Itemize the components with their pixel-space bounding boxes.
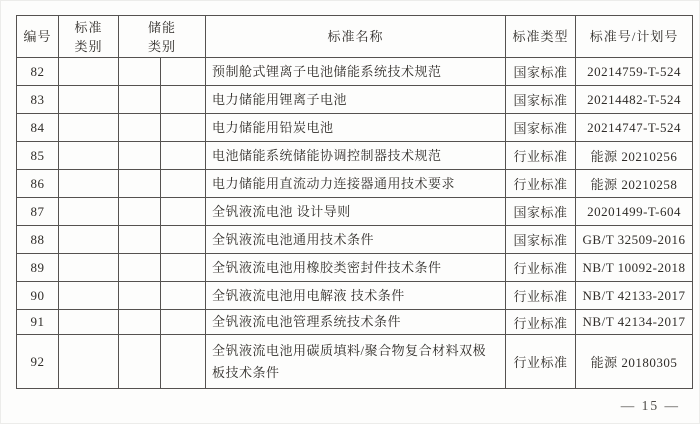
table-row: 87 全钒液流电池 设计导则 国家标准 20201499-T-604 (17, 198, 693, 226)
cell-storage-sub1 (119, 254, 161, 282)
cell-standard-category (59, 142, 119, 170)
cell-no: 86 (17, 170, 59, 198)
cell-standard-category (59, 254, 119, 282)
cell-no: 82 (17, 58, 59, 86)
cell-no: 92 (17, 335, 59, 389)
cell-no: 87 (17, 198, 59, 226)
cell-no: 91 (17, 310, 59, 335)
cell-standard-category (59, 58, 119, 86)
cell-standard-number: NB/T 42133-2017 (576, 282, 693, 310)
cell-storage-sub2 (161, 170, 206, 198)
header-standard-number: 标准号/计划号 (576, 16, 693, 58)
cell-no: 85 (17, 142, 59, 170)
cell-standard-name: 电力储能用直流动力连接器通用技术要求 (206, 170, 506, 198)
cell-storage-sub1 (119, 310, 161, 335)
cell-standard-name: 全钒液流电池通用技术条件 (206, 226, 506, 254)
cell-standard-type: 行业标准 (506, 142, 576, 170)
cell-standard-category (59, 114, 119, 142)
cell-no: 89 (17, 254, 59, 282)
cell-standard-number: 能源 20210256 (576, 142, 693, 170)
cell-standard-type: 国家标准 (506, 58, 576, 86)
cell-standard-name: 预制舱式锂离子电池储能系统技术规范 (206, 58, 506, 86)
cell-storage-sub2 (161, 254, 206, 282)
table-row: 85 电池储能系统储能协调控制器技术规范 行业标准 能源 20210256 (17, 142, 693, 170)
cell-standard-type: 行业标准 (506, 282, 576, 310)
cell-storage-sub1 (119, 58, 161, 86)
table-row: 89 全钒液流电池用橡胶类密封件技术条件 行业标准 NB/T 10092-201… (17, 254, 693, 282)
cell-storage-sub1 (119, 170, 161, 198)
cell-no: 88 (17, 226, 59, 254)
cell-standard-type: 行业标准 (506, 335, 576, 389)
cell-standard-name: 全钒液流电池用橡胶类密封件技术条件 (206, 254, 506, 282)
cell-standard-category (59, 310, 119, 335)
standards-table: 编号 标准 类别 储能 类别 标准名称 标准类型 标准号/计划号 82 预制舱式… (16, 15, 693, 389)
cell-storage-sub2 (161, 226, 206, 254)
table-row: 86 电力储能用直流动力连接器通用技术要求 行业标准 能源 20210258 (17, 170, 693, 198)
cell-standard-number: 20214747-T-524 (576, 114, 693, 142)
cell-standard-category (59, 226, 119, 254)
scanned-page: 编号 标准 类别 储能 类别 标准名称 标准类型 标准号/计划号 82 预制舱式… (0, 0, 700, 424)
cell-standard-number: 20201499-T-604 (576, 198, 693, 226)
header-storage-category: 储能 类别 (119, 16, 206, 58)
cell-storage-sub2 (161, 310, 206, 335)
cell-storage-sub1 (119, 282, 161, 310)
table-header-row: 编号 标准 类别 储能 类别 标准名称 标准类型 标准号/计划号 (17, 16, 693, 58)
cell-storage-sub2 (161, 282, 206, 310)
table-row: 82 预制舱式锂离子电池储能系统技术规范 国家标准 20214759-T-524 (17, 58, 693, 86)
cell-standard-category (59, 170, 119, 198)
page-number: — 15 — (621, 398, 680, 414)
cell-standard-type: 行业标准 (506, 254, 576, 282)
cell-standard-name: 电池储能系统储能协调控制器技术规范 (206, 142, 506, 170)
table-row: 88 全钒液流电池通用技术条件 国家标准 GB/T 32509-2016 (17, 226, 693, 254)
header-standard-type: 标准类型 (506, 16, 576, 58)
cell-standard-name: 全钒液流电池管理系统技术条件 (206, 310, 506, 335)
cell-no: 83 (17, 86, 59, 114)
cell-storage-sub1 (119, 226, 161, 254)
cell-standard-number: 20214482-T-524 (576, 86, 693, 114)
cell-standard-type: 行业标准 (506, 310, 576, 335)
cell-storage-sub2 (161, 142, 206, 170)
cell-storage-sub2 (161, 198, 206, 226)
cell-storage-sub1 (119, 335, 161, 389)
cell-storage-sub1 (119, 142, 161, 170)
table-row: 83 电力储能用锂离子电池 国家标准 20214482-T-524 (17, 86, 693, 114)
cell-standard-number: 能源 20180305 (576, 335, 693, 389)
cell-standard-name: 电力储能用铅炭电池 (206, 114, 506, 142)
cell-standard-number: NB/T 42134-2017 (576, 310, 693, 335)
cell-standard-name: 电力储能用锂离子电池 (206, 86, 506, 114)
cell-no: 84 (17, 114, 59, 142)
cell-standard-type: 国家标准 (506, 198, 576, 226)
table-row: 92 全钒液流电池用碳质填料/聚合物复合材料双极板技术条件 行业标准 能源 20… (17, 335, 693, 389)
cell-standard-category (59, 86, 119, 114)
table-row: 91 全钒液流电池管理系统技术条件 行业标准 NB/T 42134-2017 (17, 310, 693, 335)
cell-standard-number: 20214759-T-524 (576, 58, 693, 86)
cell-standard-name: 全钒液流电池 设计导则 (206, 198, 506, 226)
cell-storage-sub2 (161, 86, 206, 114)
header-no: 编号 (17, 16, 59, 58)
cell-standard-number: NB/T 10092-2018 (576, 254, 693, 282)
cell-storage-sub1 (119, 86, 161, 114)
header-standard-category: 标准 类别 (59, 16, 119, 58)
cell-standard-category (59, 335, 119, 389)
cell-standard-number: 能源 20210258 (576, 170, 693, 198)
cell-standard-name: 全钒液流电池用碳质填料/聚合物复合材料双极板技术条件 (206, 335, 506, 389)
cell-standard-type: 国家标准 (506, 86, 576, 114)
cell-standard-number: GB/T 32509-2016 (576, 226, 693, 254)
cell-standard-category (59, 198, 119, 226)
cell-storage-sub2 (161, 114, 206, 142)
cell-storage-sub2 (161, 335, 206, 389)
cell-standard-type: 国家标准 (506, 114, 576, 142)
table-row: 90 全钒液流电池用电解液 技术条件 行业标准 NB/T 42133-2017 (17, 282, 693, 310)
cell-storage-sub1 (119, 114, 161, 142)
cell-standard-name: 全钒液流电池用电解液 技术条件 (206, 282, 506, 310)
cell-standard-type: 行业标准 (506, 170, 576, 198)
cell-no: 90 (17, 282, 59, 310)
cell-storage-sub2 (161, 58, 206, 86)
table-row: 84 电力储能用铅炭电池 国家标准 20214747-T-524 (17, 114, 693, 142)
cell-standard-type: 国家标准 (506, 226, 576, 254)
cell-storage-sub1 (119, 198, 161, 226)
header-standard-name: 标准名称 (206, 16, 506, 58)
cell-standard-category (59, 282, 119, 310)
